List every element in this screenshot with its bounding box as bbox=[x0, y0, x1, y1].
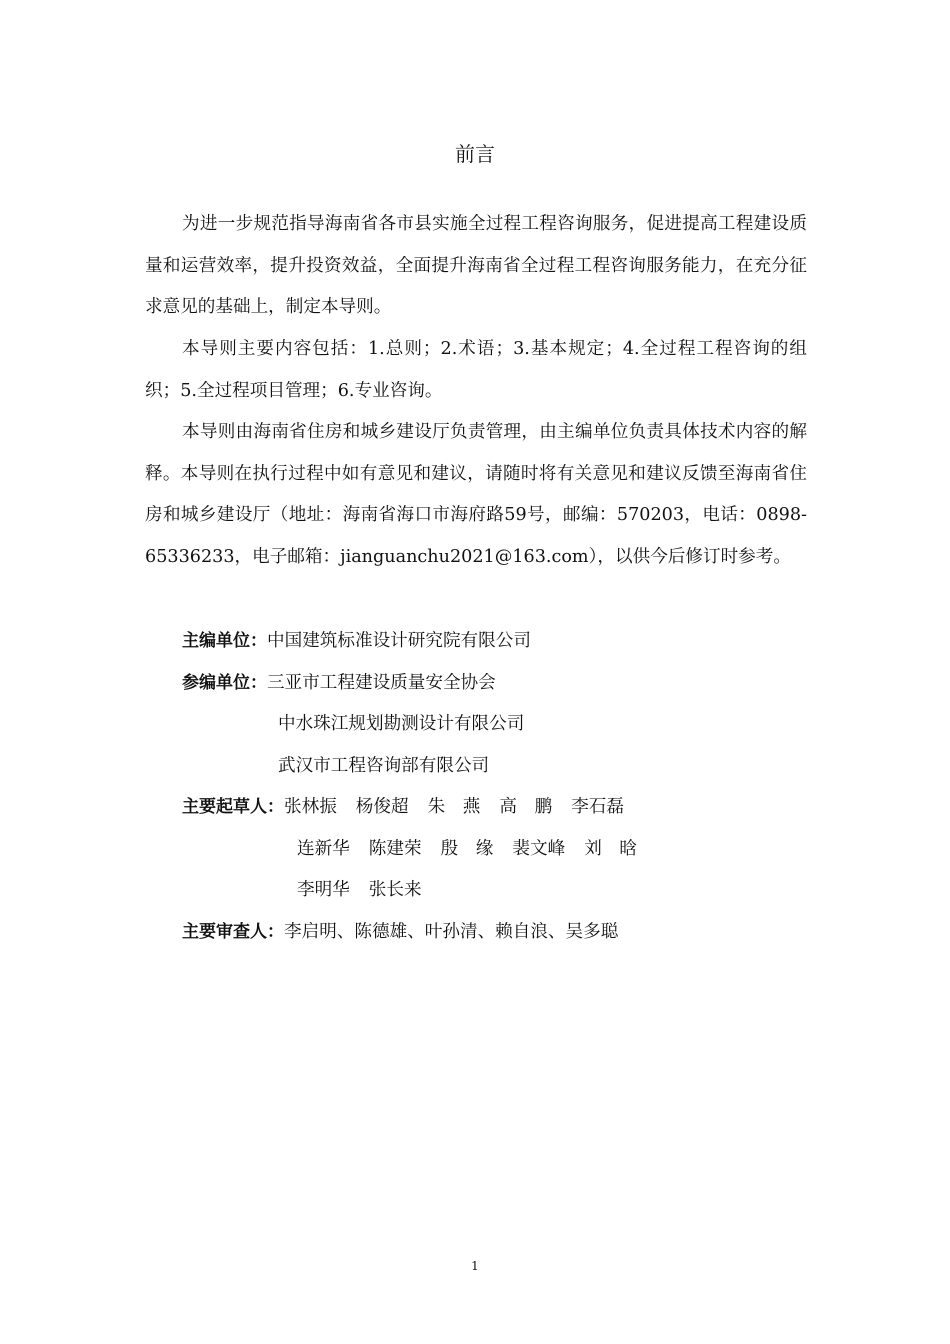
page-number: 1 bbox=[0, 1259, 950, 1273]
drafter-name: 朱 燕 bbox=[428, 787, 481, 829]
paragraph-contents: 本导则主要内容包括：1.总则；2.术语；3.基本规定；4.全过程工程咨询的组织；… bbox=[145, 329, 807, 412]
reviewers-label: 主要审查人： bbox=[182, 912, 284, 954]
paragraph-purpose: 为进一步规范指导海南省各市县实施全过程工程咨询服务，促进提高工程建设质量和运营效… bbox=[145, 204, 807, 329]
reviewers-row: 主要审查人： 李启明、陈德雄、叶孙清、赖自浪、吴多聪 bbox=[182, 912, 656, 954]
drafter-name: 殷 缘 bbox=[441, 829, 494, 871]
drafter-name: 李石磊 bbox=[571, 787, 624, 829]
paragraph-management: 本导则由海南省住房和城乡建设厅负责管理，由主编单位负责具体技术内容的解释。本导则… bbox=[145, 412, 807, 578]
drafter-name: 裴文峰 bbox=[512, 829, 565, 871]
participating-unit-value: 中水珠江规划勘测设计有限公司 bbox=[278, 704, 524, 746]
reviewers-value: 李启明、陈德雄、叶孙清、赖自浪、吴多聪 bbox=[284, 912, 618, 954]
participating-unit-value: 武汉市工程咨询部有限公司 bbox=[278, 746, 489, 788]
participating-unit-row: 中水珠江规划勘测设计有限公司 bbox=[182, 704, 656, 746]
drafter-name: 陈建荣 bbox=[369, 829, 422, 871]
drafter-name: 张长来 bbox=[369, 870, 422, 912]
page-title: 前言 bbox=[0, 138, 950, 167]
drafter-name: 连新华 bbox=[297, 829, 350, 871]
drafter-name: 张林振 bbox=[284, 787, 337, 829]
credits-section: 主编单位： 中国建筑标准设计研究院有限公司 参编单位： 三亚市工程建设质量安全协… bbox=[182, 621, 656, 953]
paragraph-text: 为进一步规范指导海南省各市县实施全过程工程咨询服务，促进提高工程建设质量和运营效… bbox=[145, 204, 807, 329]
drafter-name: 杨俊超 bbox=[356, 787, 409, 829]
drafters-label: 主要起草人： bbox=[182, 787, 284, 829]
drafters-row: 主要起草人： 张林振 杨俊超 朱 燕 高 鹏 李石磊 bbox=[182, 787, 656, 829]
drafter-name: 高 鹏 bbox=[499, 787, 552, 829]
drafter-name: 李明华 bbox=[297, 870, 350, 912]
participating-unit-row: 参编单位： 三亚市工程建设质量安全协会 bbox=[182, 663, 656, 705]
participating-unit-row: 武汉市工程咨询部有限公司 bbox=[182, 746, 656, 788]
paragraph-text: 本导则由海南省住房和城乡建设厅负责管理，由主编单位负责具体技术内容的解释。本导则… bbox=[145, 412, 807, 578]
participating-units-label: 参编单位： bbox=[182, 663, 267, 705]
drafters-row: 连新华 陈建荣 殷 缘 裴文峰 刘 晗 bbox=[182, 829, 656, 871]
participating-unit-value: 三亚市工程建设质量安全协会 bbox=[267, 663, 496, 705]
drafter-name: 刘 晗 bbox=[584, 829, 637, 871]
paragraph-text: 本导则主要内容包括：1.总则；2.术语；3.基本规定；4.全过程工程咨询的组织；… bbox=[145, 329, 807, 412]
chief-unit-label: 主编单位： bbox=[182, 621, 267, 663]
chief-unit-row: 主编单位： 中国建筑标准设计研究院有限公司 bbox=[182, 621, 656, 663]
drafters-row: 李明华 张长来 bbox=[182, 870, 656, 912]
chief-unit-value: 中国建筑标准设计研究院有限公司 bbox=[267, 621, 531, 663]
